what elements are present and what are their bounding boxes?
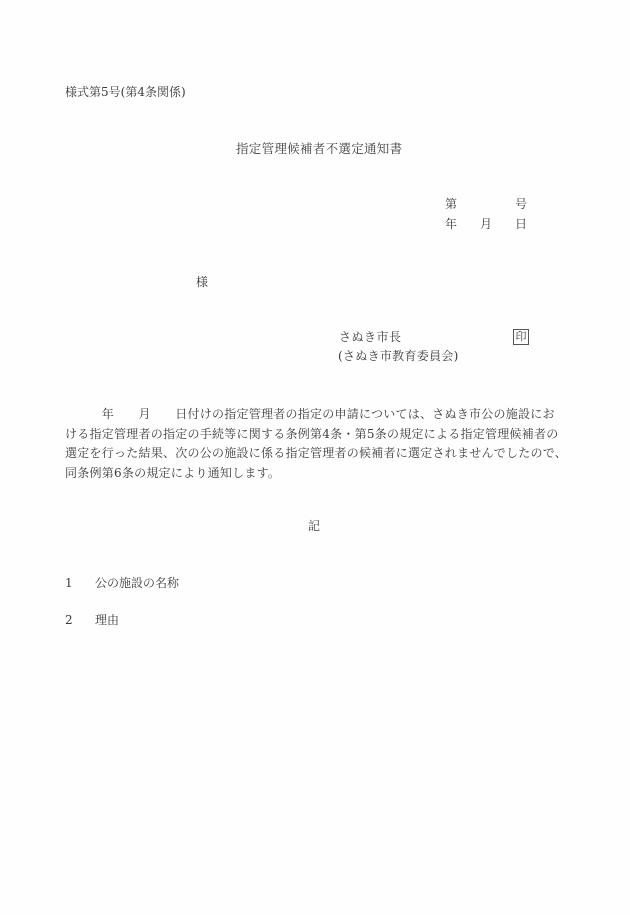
notice-body: 年 月 日付けの指定管理者の指定の申請については、さぬき市公の施設にお ける指定… xyxy=(65,405,565,484)
date-day-label: 日 xyxy=(515,218,527,230)
body-line: 同条例第6条の規定により通知します。 xyxy=(65,464,565,484)
document-title: 指定管理候補者不選定通知書 xyxy=(236,143,402,156)
date-year-label: 年 xyxy=(445,218,457,230)
body-line: 年 月 日付けの指定管理者の指定の申請については、さぬき市公の施設にお xyxy=(65,405,565,425)
list-item-reason: 2理由 xyxy=(65,614,119,626)
item-label: 理由 xyxy=(95,613,119,627)
body-line: ける指定管理者の指定の手続等に関する条例第4条・第5条の規定による指定管理候補者… xyxy=(65,425,565,445)
ki-heading: 記 xyxy=(308,520,320,532)
addressee-suffix: 様 xyxy=(196,276,208,288)
issuer-name: さぬき市長 xyxy=(339,331,402,343)
form-number: 様式第5号(第4条関係) xyxy=(65,86,186,98)
item-label: 公の施設の名称 xyxy=(95,576,179,590)
item-number: 1 xyxy=(65,577,81,589)
date-month-label: 月 xyxy=(480,218,492,230)
body-line: 選定を行った結果、次の公の施設に係る指定管理者の候補者に選定されませんでしたので… xyxy=(65,444,565,464)
reference-go-label: 号 xyxy=(515,198,527,210)
item-number: 2 xyxy=(65,614,81,626)
seal-icon: 印 xyxy=(513,329,529,345)
issuer-alternate: (さぬき市教育委員会) xyxy=(338,350,459,362)
reference-dai-label: 第 xyxy=(445,198,457,210)
list-item-facility-name: 1公の施設の名称 xyxy=(65,577,179,589)
